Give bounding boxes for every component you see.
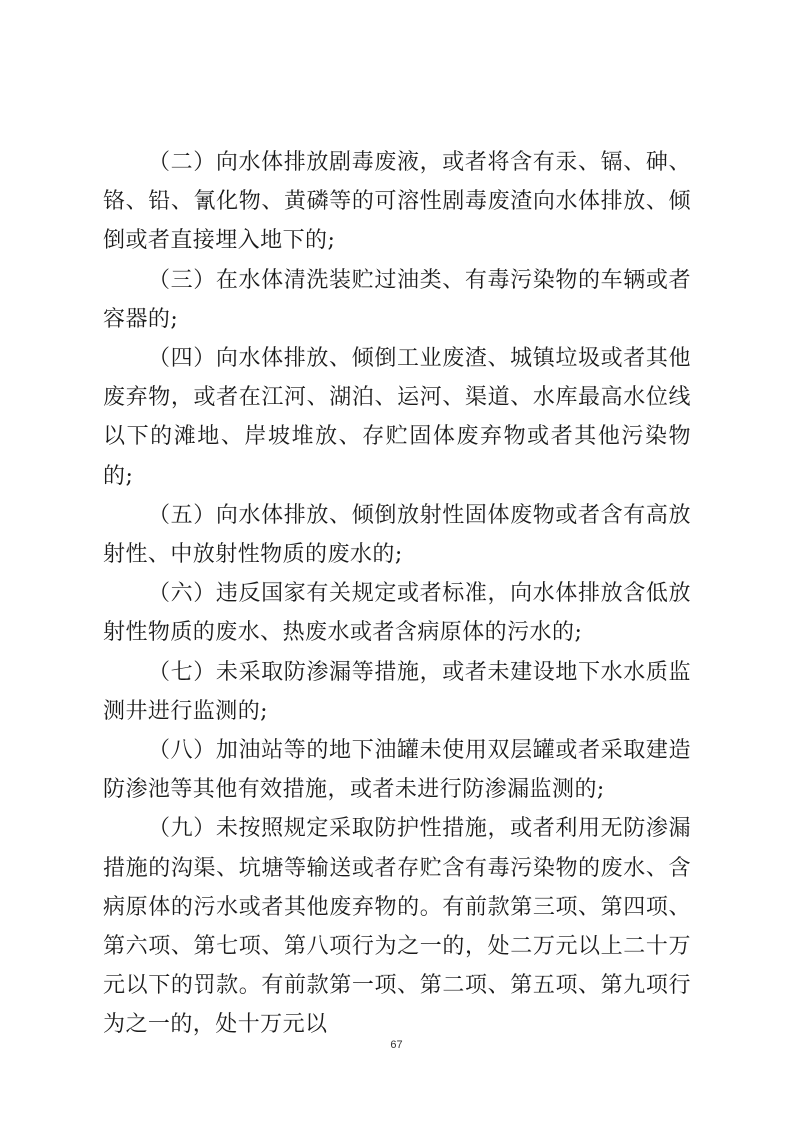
paragraph-item-6: （六）违反国家有关规定或者标准，向水体排放含低放射性物质的废水、热废水或者含病原… — [103, 574, 691, 652]
document-page: （二）向水体排放剧毒废液，或者将含有汞、镉、砷、铬、铅、氰化物、黄磷等的可溶性剧… — [0, 0, 793, 1122]
page-number: 67 — [0, 1039, 793, 1051]
paragraph-item-2: （二）向水体排放剧毒废液，或者将含有汞、镉、砷、铬、铅、氰化物、黄磷等的可溶性剧… — [103, 143, 691, 261]
paragraph-item-8: （八）加油站等的地下油罐未使用双层罐或者采取建造防渗池等其他有效措施，或者未进行… — [103, 731, 691, 809]
paragraph-item-7: （七）未采取防渗漏等措施，或者未建设地下水水质监测井进行监测的; — [103, 653, 691, 731]
paragraph-item-3: （三）在水体清洗装贮过油类、有毒污染物的车辆或者容器的; — [103, 261, 691, 339]
body-text: （二）向水体排放剧毒废液，或者将含有汞、镉、砷、铬、铅、氰化物、黄磷等的可溶性剧… — [103, 143, 691, 1045]
paragraph-item-4: （四）向水体排放、倾倒工业废渣、城镇垃圾或者其他废弃物，或者在江河、湖泊、运河、… — [103, 339, 691, 496]
paragraph-item-9: （九）未按照规定采取防护性措施，或者利用无防渗漏措施的沟渠、坑塘等输送或者存贮含… — [103, 809, 691, 1044]
paragraph-item-5: （五）向水体排放、倾倒放射性固体废物或者含有高放射性、中放射性物质的废水的; — [103, 496, 691, 574]
